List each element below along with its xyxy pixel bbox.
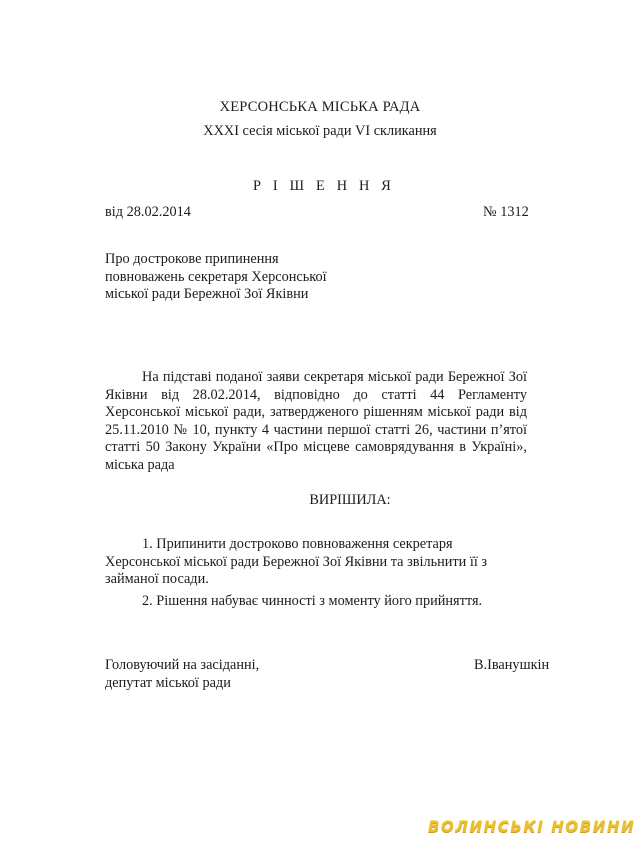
preamble-paragraph: На підставі поданої заяви секретаря місь…: [105, 369, 527, 474]
resolution-item: 2. Рішення набуває чинності з моменту йо…: [105, 593, 531, 611]
decision-date: від 28.02.2014: [105, 204, 191, 221]
subject-line: повноважень секретаря Херсонської: [105, 269, 365, 287]
resolved-heading: ВИРІШИЛА:: [0, 492, 640, 509]
signatory-position: Головуючий на засіданні, депутат міської…: [105, 657, 259, 692]
signatory-name: В.Іванушкін: [474, 657, 549, 674]
position-line: Головуючий на засіданні,: [105, 657, 259, 675]
resolution-items: 1. Припинити достроково повноваження сек…: [105, 536, 531, 614]
council-name: ХЕРСОНСЬКА МІСЬКА РАДА: [0, 99, 640, 116]
subject-line: міської ради Бережної Зої Яківни: [105, 286, 365, 304]
document-type: Р І Ш Е Н Н Я: [0, 178, 640, 195]
position-line: депутат міської ради: [105, 675, 259, 693]
session-title: XXXI сесія міської ради VI скликання: [0, 123, 640, 140]
resolution-item: 1. Припинити достроково повноваження сек…: [105, 536, 531, 589]
decision-subject: Про дострокове припинення повноважень се…: [105, 251, 365, 304]
subject-line: Про дострокове припинення: [105, 251, 365, 269]
decision-number: № 1312: [483, 204, 529, 221]
watermark-logo: ВОЛИНСЬКІ НОВИНИ: [428, 818, 635, 836]
